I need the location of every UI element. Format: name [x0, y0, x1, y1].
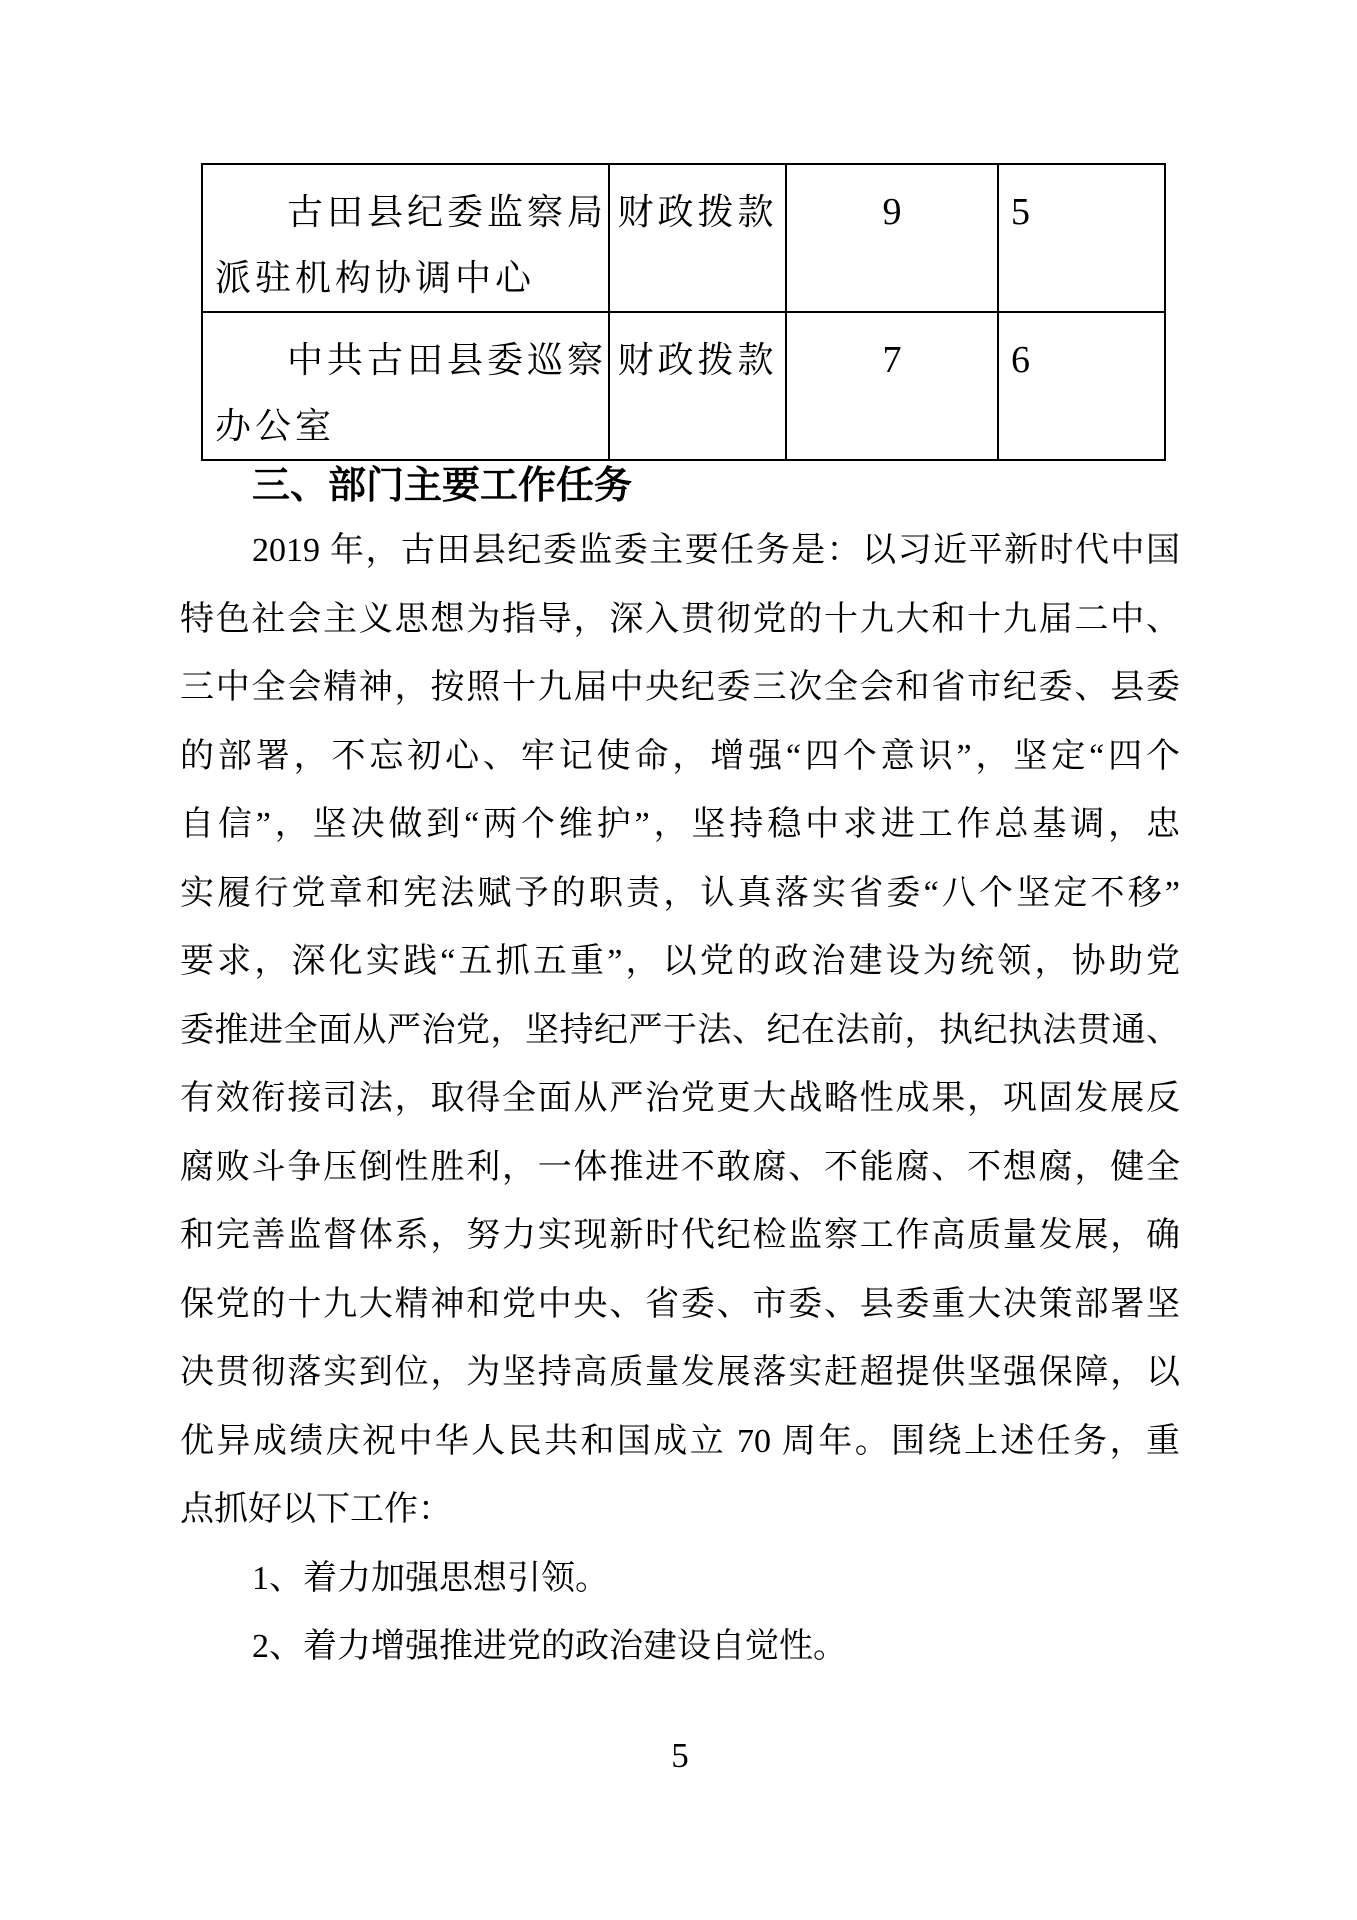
- org-name-line1: 古田县纪委监察局: [215, 179, 608, 245]
- funding-type-cell: 财政拨款: [610, 313, 785, 393]
- paragraph-line: 点抓好以下工作：: [180, 1476, 1180, 1545]
- paragraph-line: 要求，深化实践“五抓五重”，以党的政治建设为统领，协助党: [180, 928, 1180, 997]
- list-item: 2、着力增强推进党的政治建设自觉性。: [180, 1613, 1180, 1682]
- count-cell: 5: [999, 165, 1164, 245]
- org-name-line2: 办公室: [215, 393, 608, 459]
- budget-table: 古田县纪委监察局 派驻机构协调中心 财政拨款 9 5 中共古田县委巡察 办公室: [201, 163, 1166, 461]
- count-cell: 7: [787, 313, 997, 393]
- org-name-cell: 古田县纪委监察局 派驻机构协调中心: [203, 165, 608, 311]
- paragraph-line: 实履行党章和宪法赋予的职责，认真落实省委“八个坚定不移”: [180, 860, 1180, 929]
- paragraph-line: 保党的十九大精神和党中央、省委、市委、县委重大决策部署坚: [180, 1271, 1180, 1340]
- org-name-line1: 中共古田县委巡察: [215, 327, 608, 393]
- count-cell: 9: [787, 165, 997, 245]
- org-name-line2: 派驻机构协调中心: [215, 245, 608, 311]
- paragraph-line: 和完善监督体系，努力实现新时代纪检监察工作高质量发展，确: [180, 1202, 1180, 1271]
- paragraph-line: 特色社会主义思想为指导，深入贯彻党的十九大和十九届二中、: [180, 586, 1180, 655]
- paragraph-line: 委推进全面从严治党，坚持纪严于法、纪在法前，执纪执法贯通、: [180, 997, 1180, 1066]
- paragraph-line: 腐败斗争压倒性胜利，一体推进不敢腐、不能腐、不想腐，健全: [180, 1134, 1180, 1203]
- page-number: 5: [180, 1736, 1180, 1776]
- section-heading: 三、部门主要工作任务: [180, 464, 1180, 508]
- body-paragraph: 2019 年，古田县纪委监委主要任务是：以习近平新时代中国 特色社会主义思想为指…: [180, 517, 1180, 1682]
- paragraph-line: 三中全会精神，按照十九届中央纪委三次全会和省市纪委、县委: [180, 654, 1180, 723]
- paragraph-line: 决贯彻落实到位，为坚持高质量发展落实赶超提供坚强保障，以: [180, 1339, 1180, 1408]
- count-cell: 6: [999, 313, 1164, 393]
- funding-type-cell: 财政拨款: [610, 165, 785, 245]
- document-page: 古田县纪委监察局 派驻机构协调中心 财政拨款 9 5 中共古田县委巡察 办公室: [0, 0, 1357, 1920]
- table-row: 古田县纪委监察局 派驻机构协调中心 财政拨款 9 5: [202, 164, 1165, 312]
- paragraph-line: 2019 年，古田县纪委监委主要任务是：以习近平新时代中国: [180, 517, 1180, 586]
- paragraph-line: 有效衔接司法，取得全面从严治党更大战略性成果，巩固发展反: [180, 1065, 1180, 1134]
- org-name-cell: 中共古田县委巡察 办公室: [203, 313, 608, 459]
- paragraph-line: 的部署，不忘初心、牢记使命，增强“四个意识”，坚定“四个: [180, 723, 1180, 792]
- list-item: 1、着力加强思想引领。: [180, 1545, 1180, 1614]
- table-row: 中共古田县委巡察 办公室 财政拨款 7 6: [202, 312, 1165, 460]
- paragraph-line: 优异成绩庆祝中华人民共和国成立 70 周年。围绕上述任务，重: [180, 1408, 1180, 1477]
- paragraph-line: 自信”，坚决做到“两个维护”，坚持稳中求进工作总基调，忠: [180, 791, 1180, 860]
